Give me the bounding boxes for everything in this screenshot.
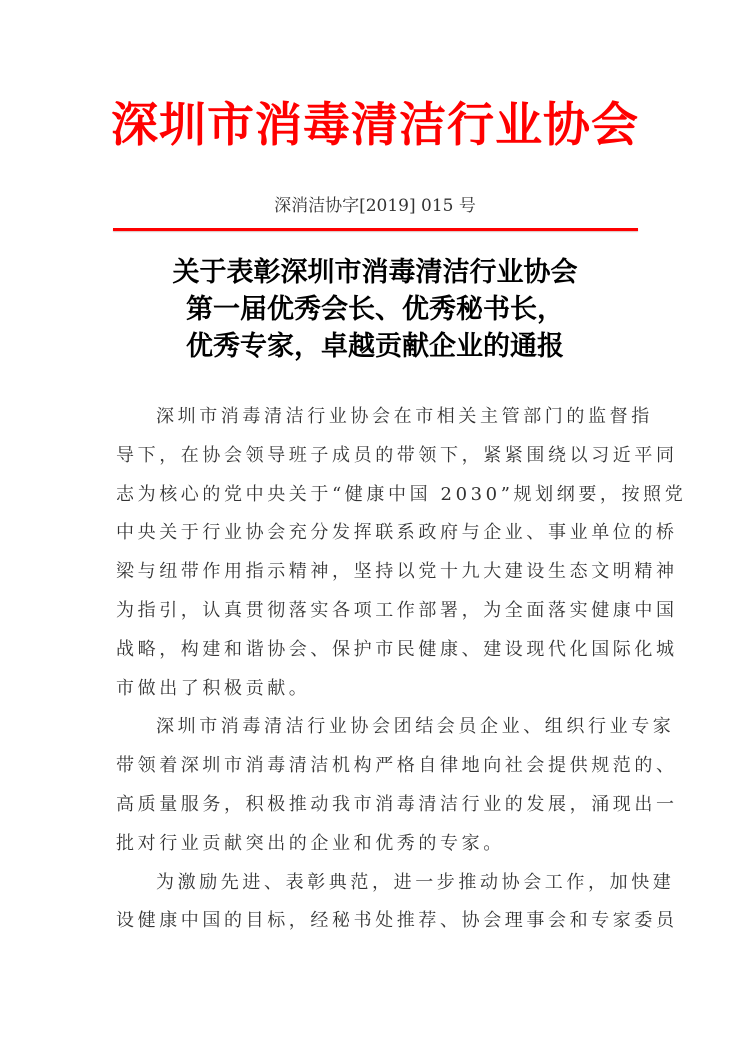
text-line: 深圳市消毒清洁行业协会团结会员企业、组织行业专家	[116, 708, 636, 747]
text-line: 梁与纽带作用指示精神，坚持以党十九大建设生态文明精神	[116, 553, 636, 592]
text-line: 为激励先进、表彰典范，进一步推动协会工作，加快建	[116, 864, 636, 903]
document-number: 深消洁协字[2019] 015 号	[0, 194, 750, 218]
text-line: 为指引，认真贯彻落实各项工作部署，为全面落实健康中国	[116, 592, 636, 631]
body-text: 深圳市消毒清洁行业协会在市相关主管部门的监督指 导下，在协会领导班子成员的带领下…	[116, 398, 636, 941]
text-line: 批对行业贡献突出的企业和优秀的专家。	[116, 825, 636, 864]
notice-title-line: 第一届优秀会长、优秀秘书长，	[0, 291, 750, 328]
text-line: 市做出了积极贡献。	[116, 670, 636, 709]
organization-title: 深圳市消毒清洁行业协会	[0, 96, 750, 156]
notice-title: 关于表彰深圳市消毒清洁行业协会 第一届优秀会长、优秀秘书长， 优秀专家，卓越贡献…	[0, 254, 750, 365]
notice-title-line: 优秀专家，卓越贡献企业的通报	[0, 328, 750, 365]
text-line: 设健康中国的目标，经秘书处推荐、协会理事会和专家委员	[116, 902, 636, 941]
document-page: 深圳市消毒清洁行业协会 深消洁协字[2019] 015 号 关于表彰深圳市消毒清…	[0, 0, 750, 1060]
paragraph-3: 为激励先进、表彰典范，进一步推动协会工作，加快建 设健康中国的目标，经秘书处推荐…	[116, 864, 636, 942]
paragraph-2: 深圳市消毒清洁行业协会团结会员企业、组织行业专家 带领着深圳市消毒清洁机构严格自…	[116, 708, 636, 863]
text-line: 深圳市消毒清洁行业协会在市相关主管部门的监督指	[116, 398, 636, 437]
text-line: 志为核心的党中央关于“健康中国 2030”规划纲要，按照党	[116, 476, 636, 515]
text-line: 导下，在协会领导班子成员的带领下，紧紧围绕以习近平同	[116, 437, 636, 476]
notice-title-line: 关于表彰深圳市消毒清洁行业协会	[0, 254, 750, 291]
text-line: 高质量服务，积极推动我市消毒清洁行业的发展，涌现出一	[116, 786, 636, 825]
text-line: 战略，构建和谐协会、保护市民健康、建设现代化国际化城	[116, 631, 636, 670]
text-line: 带领着深圳市消毒清洁机构严格自律地向社会提供规范的、	[116, 747, 636, 786]
paragraph-1: 深圳市消毒清洁行业协会在市相关主管部门的监督指 导下，在协会领导班子成员的带领下…	[116, 398, 636, 708]
red-divider-line	[113, 228, 638, 231]
text-line: 中央关于行业协会充分发挥联系政府与企业、事业单位的桥	[116, 514, 636, 553]
